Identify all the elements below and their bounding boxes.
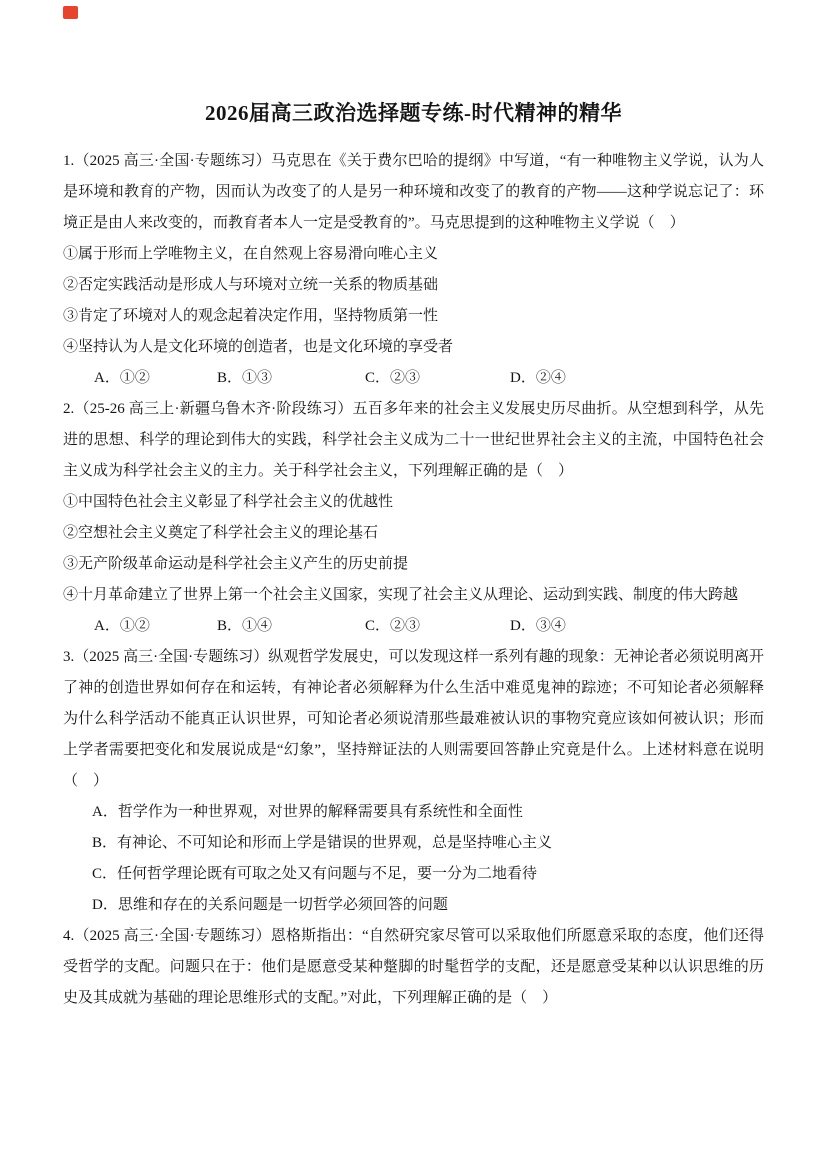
question-1-answer-d: D．②④ — [510, 363, 566, 394]
question-3-choice-b: B．有神论、不可知论和形而上学是错误的世界观，总是坚持唯心主义 — [63, 828, 764, 859]
question-2-answer-d: D．③④ — [510, 611, 566, 642]
question-2-option-4: ④十月革命建立了世界上第一个社会主义国家，实现了社会主义从理论、运动到实践、制度… — [63, 580, 764, 611]
question-2-answer-c: C．②③ — [365, 611, 510, 642]
question-4-stem: 4.（2025 高三·全国·专题练习）恩格斯指出：“自然研究家尽管可以采取他们所… — [63, 921, 764, 1014]
question-2-answer-a: A．①② — [94, 611, 217, 642]
question-1: 1.（2025 高三·全国·专题练习）马克思在《关于费尔巴哈的提纲》中写道，“有… — [63, 146, 764, 394]
question-1-answer-a: A．①② — [94, 363, 217, 394]
question-2: 2.（25-26 高三上·新疆乌鲁木齐·阶段练习）五百多年来的社会主义发展史历尽… — [63, 394, 764, 642]
question-3: 3.（2025 高三·全国·专题练习）纵观哲学发展史，可以发现这样一系列有趣的现… — [63, 642, 764, 921]
question-3-choice-c: C．任何哲学理论既有可取之处又有问题与不足，要一分为二地看待 — [63, 859, 764, 890]
document-page: 2026届高三政治选择题专练-时代精神的精华 1.（2025 高三·全国·专题练… — [0, 0, 827, 1169]
question-3-stem: 3.（2025 高三·全国·专题练习）纵观哲学发展史，可以发现这样一系列有趣的现… — [63, 642, 764, 797]
question-2-stem: 2.（25-26 高三上·新疆乌鲁木齐·阶段练习）五百多年来的社会主义发展史历尽… — [63, 394, 764, 487]
question-3-choice-d: D．思维和存在的关系问题是一切哲学必须回答的问题 — [63, 890, 764, 921]
question-1-option-1: ①属于形而上学唯物主义，在自然观上容易滑向唯心主义 — [63, 239, 764, 270]
question-1-answer-b: B．①③ — [217, 363, 365, 394]
question-1-answer-row: A．①② B．①③ C．②③ D．②④ — [63, 363, 764, 394]
question-1-answer-c: C．②③ — [365, 363, 510, 394]
question-2-answer-row: A．①② B．①④ C．②③ D．③④ — [63, 611, 764, 642]
question-2-option-2: ②空想社会主义奠定了科学社会主义的理论基石 — [63, 518, 764, 549]
question-3-choice-a: A．哲学作为一种世界观，对世界的解释需要具有系统性和全面性 — [63, 797, 764, 828]
question-4: 4.（2025 高三·全国·专题练习）恩格斯指出：“自然研究家尽管可以采取他们所… — [63, 921, 764, 1014]
question-2-answer-b: B．①④ — [217, 611, 365, 642]
question-1-stem: 1.（2025 高三·全国·专题练习）马克思在《关于费尔巴哈的提纲》中写道，“有… — [63, 146, 764, 239]
question-1-option-4: ④坚持认为人是文化环境的创造者，也是文化环境的享受者 — [63, 332, 764, 363]
question-2-option-3: ③无产阶级革命运动是科学社会主义产生的历史前提 — [63, 549, 764, 580]
question-1-option-3: ③肯定了环境对人的观念起着决定作用，坚持物质第一性 — [63, 301, 764, 332]
document-content: 2026届高三政治选择题专练-时代精神的精华 1.（2025 高三·全国·专题练… — [63, 0, 764, 1014]
question-2-option-1: ①中国特色社会主义彰显了科学社会主义的优越性 — [63, 487, 764, 518]
page-title: 2026届高三政治选择题专练-时代精神的精华 — [63, 0, 764, 129]
question-1-option-2: ②否定实践活动是形成人与环境对立统一关系的物质基础 — [63, 270, 764, 301]
